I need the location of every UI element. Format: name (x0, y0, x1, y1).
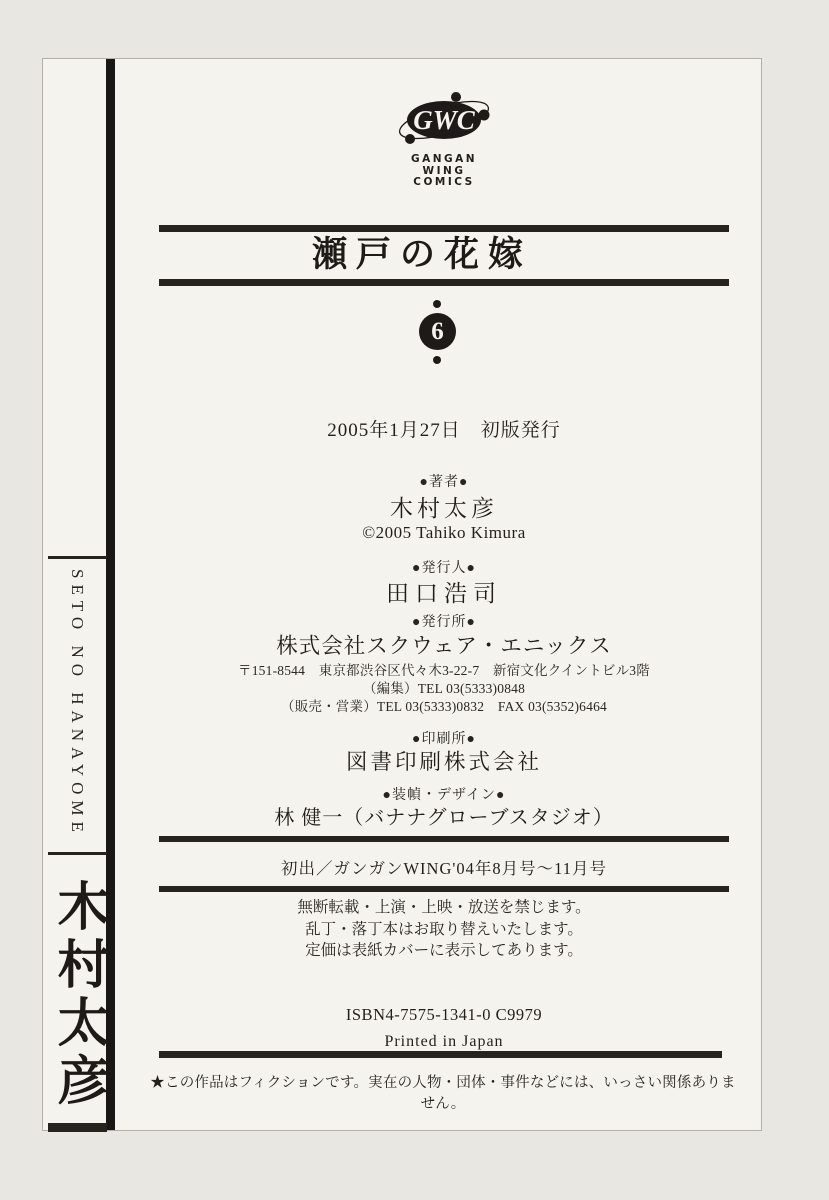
logo-orbit-dot (451, 92, 461, 102)
logo-name-line: GANGAN (159, 154, 729, 166)
printer-name: 図書印刷株式会社 (159, 745, 729, 776)
scanned-book-page: { "logo": { "acronym": "GWC", "line1": "… (0, 0, 829, 1200)
spine-rule-bottom (48, 1123, 107, 1132)
volume-badge: 6 (419, 313, 456, 350)
spine-rule-top (48, 556, 107, 559)
logo-name: GANGAN WING COMICS (159, 154, 729, 189)
publisher-tel-editorial: （編集）TEL 03(5333)0848 (159, 680, 729, 698)
edition-date: 2005年1月27日 初版発行 (159, 415, 729, 442)
issuer-label: ●発行人● (159, 557, 729, 577)
colophon-page: SETO NO HANAYOME 木村太彦 GWC GANGAN WING CO… (42, 58, 762, 1131)
publisher-address: 〒151-8544 東京都渋谷区代々木3-22-7 新宿文化クイントビル3階 (159, 662, 729, 680)
spine-romaji-title: SETO NO HANAYOME (65, 569, 87, 851)
notice-line: 無断転載・上演・上映・放送を禁じます。 (159, 897, 729, 919)
title-rule-bottom (159, 279, 729, 286)
publisher-logo: GWC GANGAN WING COMICS (159, 92, 729, 189)
publisher-label: ●発行所● (159, 611, 729, 631)
disclaimer-rule (159, 1051, 722, 1058)
book-title: 瀬戸の花嫁 (137, 231, 707, 279)
publisher-tel-sales: （販売・営業）TEL 03(5333)0832 FAX 03(5352)6464 (159, 698, 729, 716)
fiction-disclaimer: ★この作品はフィクションです。実在の人物・団体・事件などには、いっさい関係ありま… (143, 1071, 743, 1113)
legal-notice: 無断転載・上演・上映・放送を禁じます。 乱丁・落丁本はお取り替えいたします。 定… (159, 897, 729, 962)
volume-dot-top (433, 300, 441, 308)
logo-orbit-dot (405, 134, 415, 144)
designer-name: 林 健一（バナナグローブスタジオ） (159, 801, 729, 830)
volume-number: 6 (431, 318, 444, 345)
first-pub-rule-top (159, 836, 729, 842)
logo-acronym: GWC (413, 105, 476, 135)
first-publication: 初出／ガンガンWING'04年8月号～11月号 (159, 855, 729, 879)
isbn-line: ISBN4-7575-1341-0 C9979 (159, 1005, 729, 1025)
logo-name-line: COMICS (159, 177, 729, 189)
copyright-line: ©2005 Tahiko Kimura (159, 523, 729, 543)
publisher-name: 株式会社スクウェア・エニックス (159, 629, 729, 660)
issuer-name: 田口浩司 (159, 575, 729, 608)
logo-orbit-dot (479, 110, 490, 121)
first-pub-rule-bottom (159, 886, 729, 892)
volume-dot-bottom (433, 356, 441, 364)
gwc-logo-icon: GWC (396, 92, 492, 146)
printed-in-japan: Printed in Japan (159, 1033, 729, 1051)
spine-divider-bar (106, 59, 115, 1130)
notice-line: 乱丁・落丁本はお取り替えいたします。 (159, 919, 729, 941)
notice-line: 定価は表紙カバーに表示してあります。 (159, 940, 729, 962)
spine-author-vertical: 木村太彦 (50, 879, 104, 1119)
spine-rule-middle (48, 852, 107, 855)
author-name: 木村太彦 (159, 490, 729, 523)
author-label: ●著者● (159, 471, 729, 491)
